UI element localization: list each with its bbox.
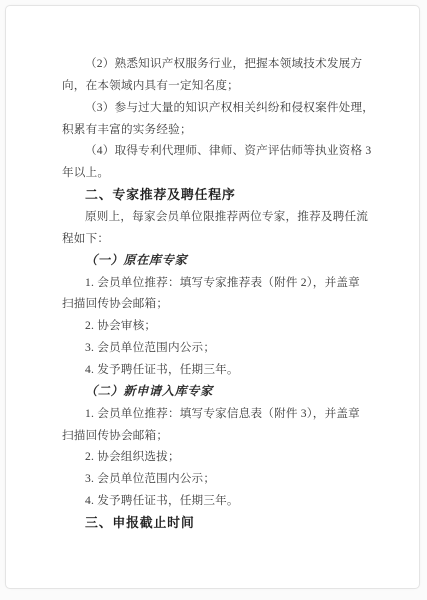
text-line: 2. 协会审核； (62, 315, 402, 337)
text-line: 3. 会员单位范围内公示； (62, 337, 402, 359)
text-line: （2）熟悉知识产权服务行业，把握本领域技术发展方 (62, 53, 402, 75)
document-page: （2）熟悉知识产权服务行业，把握本领域技术发展方向，在本领域内具有一定知名度；（… (5, 5, 420, 589)
text-line: （3）参与过大量的知识产权相关纠纷和侵权案件处理， (62, 97, 402, 119)
text-line: 3. 会员单位范围内公示； (62, 468, 402, 490)
text-line: 程如下： (62, 228, 402, 250)
screenshot-root: { "page": { "outer_background": "#fbfbfb… (0, 0, 427, 600)
text-line: 4. 发予聘任证书，任期三年。 (62, 359, 402, 381)
sub-section-heading: （二）新申请入库专家 (62, 381, 402, 403)
section-heading: 二、专家推荐及聘任程序 (62, 184, 402, 206)
text-line: 1. 会员单位推荐：填写专家推荐表（附件 2），并盖章 (62, 272, 402, 294)
document-body: （2）熟悉知识产权服务行业，把握本领域技术发展方向，在本领域内具有一定知名度；（… (62, 53, 402, 534)
sub-section-heading: （一）原在库专家 (62, 250, 402, 272)
text-line: （4）取得专利代理师、律师、资产评估师等执业资格 3 (62, 140, 402, 162)
text-line: 扫描回传协会邮箱； (62, 293, 402, 315)
text-line: 积累有丰富的实务经验； (62, 119, 402, 141)
text-line: 1. 会员单位推荐：填写专家信息表（附件 3），并盖章 (62, 403, 402, 425)
text-line: 扫描回传协会邮箱； (62, 425, 402, 447)
text-line: 2. 协会组织选拔； (62, 446, 402, 468)
text-line: 向，在本领域内具有一定知名度； (62, 75, 402, 97)
section-heading: 三、申报截止时间 (62, 512, 402, 534)
text-line: 4. 发予聘任证书，任期三年。 (62, 490, 402, 512)
text-line: 原则上，每家会员单位限推荐两位专家，推荐及聘任流 (62, 206, 402, 228)
text-line: 年以上。 (62, 162, 402, 184)
